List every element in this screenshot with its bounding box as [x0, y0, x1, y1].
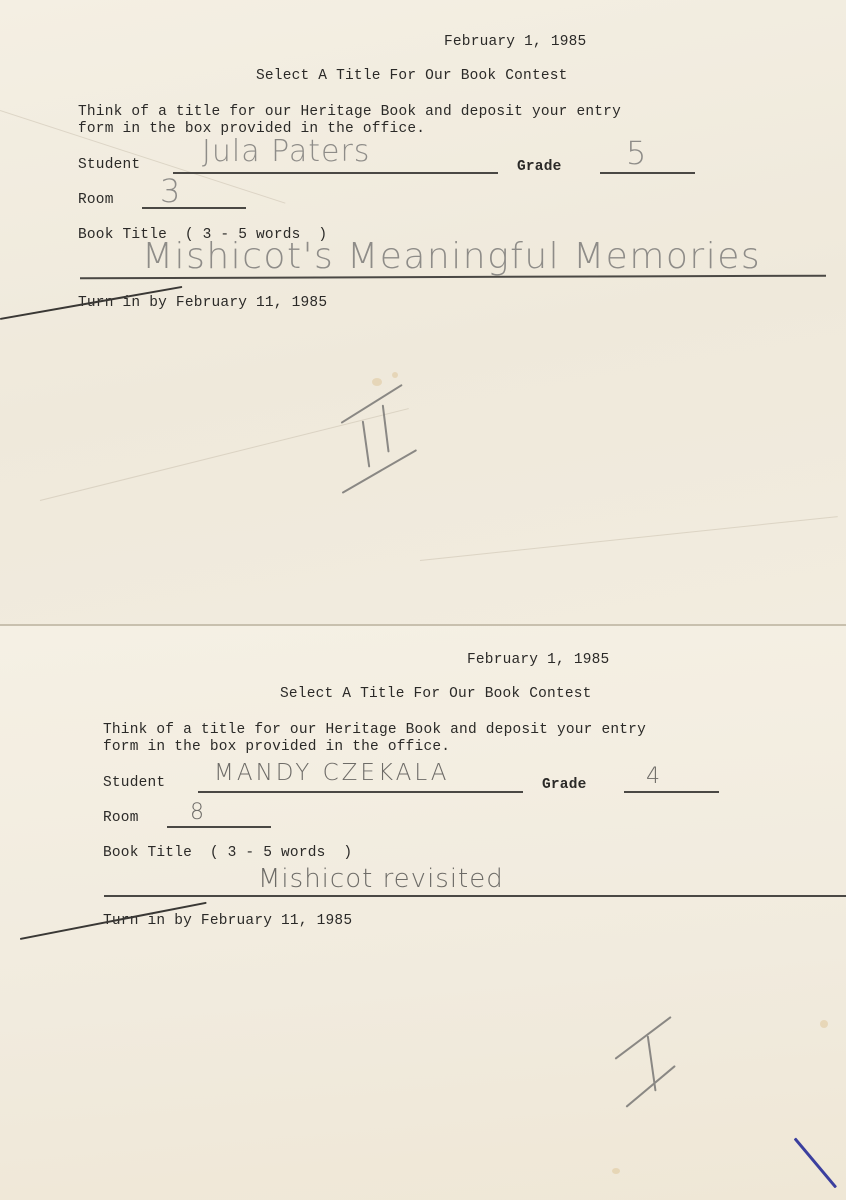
student-name-handwritten: MANDY CZEKALA [214, 760, 449, 786]
book-title-handwritten: Mishicot's Meaningful Memories [142, 236, 761, 277]
paper-seam [0, 624, 846, 626]
student-field-line [173, 172, 498, 174]
student-label: Student [103, 775, 165, 791]
grade-field-line [624, 791, 719, 793]
instructions-line-1: Think of a title for our Heritage Book a… [78, 104, 621, 120]
room-field-line [167, 826, 271, 828]
student-field-line [198, 791, 523, 793]
form-sheet-1 [0, 0, 846, 626]
grade-label: Grade [542, 777, 587, 793]
form-title: Select A Title For Our Book Contest [256, 68, 568, 84]
grade-field-line [600, 172, 695, 174]
instructions-line-2: form in the box provided in the office. [103, 739, 450, 755]
room-field-line [142, 207, 246, 209]
book-title-label: Book Title ( 3 - 5 words ) [103, 845, 352, 861]
stain [372, 378, 382, 386]
room-label: Room [78, 192, 114, 208]
instructions-line-1: Think of a title for our Heritage Book a… [103, 722, 646, 738]
stain [820, 1020, 828, 1028]
stain [392, 372, 398, 378]
student-label: Student [78, 157, 140, 173]
form-date: February 1, 1985 [467, 652, 609, 668]
book-title-field-line [104, 895, 846, 897]
student-name-handwritten: Jula Paters [202, 134, 370, 169]
stain [612, 1168, 620, 1174]
form-date: February 1, 1985 [444, 34, 586, 50]
room-handwritten: 8 [190, 800, 205, 825]
room-label: Room [103, 810, 139, 826]
room-handwritten: 3 [160, 172, 181, 210]
book-title-handwritten: Mishicot revisited [258, 864, 504, 894]
grade-handwritten: 4 [646, 764, 661, 789]
form-title: Select A Title For Our Book Contest [280, 686, 592, 702]
grade-handwritten: 5 [626, 134, 647, 172]
grade-label: Grade [517, 159, 562, 175]
